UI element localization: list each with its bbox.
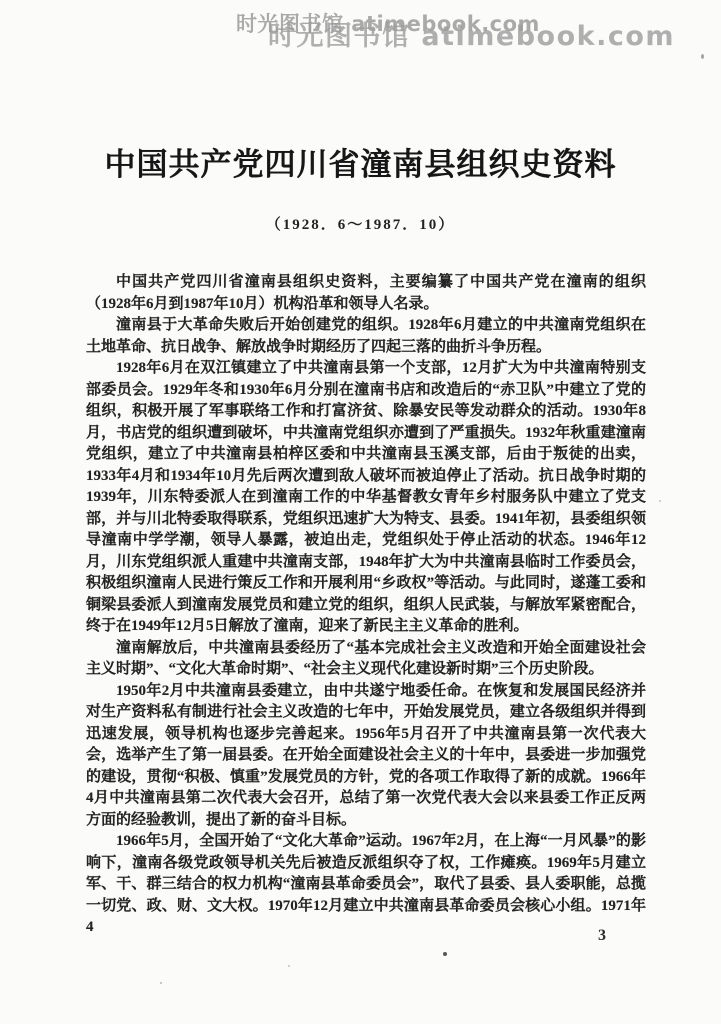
document-page: 时光图书馆 atimebook.com 时光图书馆 atimebook.com … [0,0,721,1024]
paragraph-founding-overview: 潼南县于大革命失败后开始创建党的组织。1928年6月建立的中共潼南党组织在土地革… [86,315,646,358]
watermark: 时光图书馆 atimebook.com 时光图书馆 atimebook.com [0,0,721,55]
scan-speck [160,982,162,984]
paragraph-cultural-revolution: 1966年5月，全国开始了“文化大革命”运动。1967年2月，在上海“一月风暴”… [86,831,646,939]
page-number: 3 [598,927,606,945]
scan-speck [288,965,290,967]
watermark-text-back-layer: 时光图书馆 atimebook.com [236,8,540,38]
paragraph-post-liberation-stages: 潼南解放后，中共潼南县委经历了“基本完成社会主义改造和开始全面建设社会主义时期”… [86,638,646,681]
scan-speck [659,500,661,502]
document-title: 中国共产党四川省潼南县组织史资料 [0,139,721,184]
scan-speck [701,54,704,59]
paragraph-intro: 中国共产党四川省潼南县组织史资料，主要编纂了中国共产党在潼南的组织（1928年6… [86,272,646,315]
scan-speck [443,952,447,956]
document-body: 中国共产党四川省潼南县组织史资料，主要编纂了中国共产党在潼南的组织（1928年6… [86,272,646,939]
paragraph-revolutionary-war-period: 1928年6月在双江镇建立了中共潼南县第一个支部，12月扩大为中共潼南特别支部委… [86,358,646,638]
document-date-range: （1928．6～1987．10） [0,213,721,234]
watermark-text-front-layer: 时光图书馆 atimebook.com [268,14,675,53]
paragraph-1950s-1960s-construction: 1950年2月中共潼南县委建立，由中共遂宁地委任命。在恢复和发展国民经济并对生产… [86,681,646,832]
